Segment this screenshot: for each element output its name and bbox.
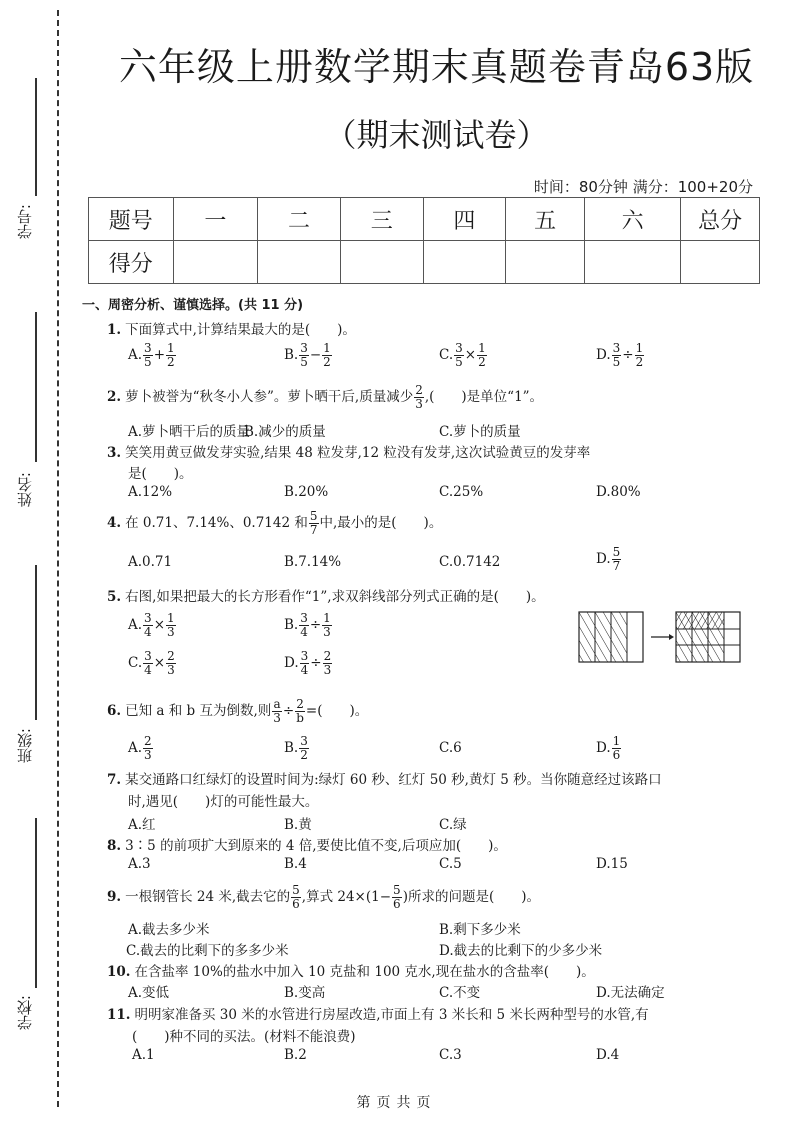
question-5: 5.右图,如果把最大的长方形看作“1”,求双斜线部分列式正确的是( )。 — [107, 585, 545, 605]
page-footer: 第页共页 — [0, 1092, 793, 1112]
numerator: 1 — [477, 342, 487, 356]
question-text: 明明家准备买 30 米的水管进行房屋改造,市面上有 3 米长和 5 米长两种型号… — [135, 1007, 649, 1023]
header-cell: 六 — [585, 198, 681, 241]
option-d[interactable]: D.截去的比剩下的少多少米 — [439, 939, 602, 959]
option-a[interactable]: A.截去多少米 — [128, 918, 210, 938]
numerator: a — [272, 698, 281, 712]
denominator: 2 — [299, 749, 309, 762]
question-text: 3∶5 的前项扩大到原来的 4 倍,要使比值不变,后项应加( )。 — [125, 838, 507, 854]
header-cell: 一 — [173, 198, 258, 241]
numerator: 3 — [299, 342, 309, 356]
option-c[interactable]: C.5 — [439, 856, 462, 872]
option-a[interactable]: A.35+12 — [128, 342, 177, 369]
denominator: 3 — [166, 664, 176, 677]
option-label: B. — [284, 347, 298, 363]
denominator: 3 — [323, 664, 333, 677]
option-d[interactable]: D.35÷12 — [596, 342, 645, 369]
numerator: 5 — [612, 546, 622, 560]
numerator: 5 — [291, 884, 301, 898]
question-2: 2.萝卜被誉为“秋冬小人参”。萝卜晒干后,质量减少23,( )是单位“1”。 — [107, 384, 543, 411]
denominator: 6 — [291, 898, 301, 911]
numerator: 1 — [322, 612, 332, 626]
option-b[interactable]: B.变高 — [284, 981, 325, 1001]
question-number: 7. — [107, 772, 121, 788]
question-number: 3. — [107, 445, 121, 461]
option-d[interactable]: D.34÷23 — [284, 650, 333, 677]
operator: × — [154, 655, 165, 671]
name-label: 姓名: — [14, 472, 35, 507]
score-row: 得分 — [89, 241, 760, 284]
numerator: 5 — [392, 884, 402, 898]
question-3: 3.笑笑用黄豆做发芽实验,结果 48 粒发芽,12 粒没有发芽,这次试验黄豆的发… — [107, 441, 590, 461]
denominator: 7 — [309, 524, 319, 537]
header-cell: 三 — [340, 198, 423, 241]
binding-margin: 学号: 姓名: 班级: 学校: — [0, 0, 80, 1122]
option-label: D. — [596, 740, 611, 756]
option-a[interactable]: A.3 — [128, 856, 151, 872]
question-7: 7.某交通路口红绿灯的设置时间为:绿灯 60 秒、红灯 50 秒,黄灯 5 秒。… — [107, 768, 662, 788]
question-text: 笑笑用黄豆做发芽实验,结果 48 粒发芽,12 粒没有发芽,这次试验黄豆的发芽率 — [125, 445, 590, 461]
question-number: 5. — [107, 589, 121, 605]
score-row-label: 得分 — [89, 241, 174, 284]
option-c[interactable]: C.不变 — [439, 981, 480, 1001]
question-text: 一根钢管长 24 米,截去它的 — [125, 889, 290, 905]
score-cell[interactable] — [585, 241, 681, 284]
option-b[interactable]: B.35−12 — [284, 342, 333, 369]
numerator: 2 — [166, 650, 176, 664]
option-c[interactable]: C.0.7142 — [439, 554, 500, 570]
question-9: 9.一根钢管长 24 米,截去它的56,算式 24×(1−56)所求的问题是( … — [107, 884, 540, 911]
option-label: D. — [284, 655, 299, 671]
option-label: B. — [284, 740, 298, 756]
denominator: 5 — [299, 356, 309, 369]
option-b[interactable]: B.减少的质量 — [244, 420, 326, 440]
score-cell[interactable] — [681, 241, 760, 284]
option-d[interactable]: D.无法确定 — [596, 981, 665, 1001]
denominator: 3 — [166, 626, 176, 639]
numerator: 3 — [299, 612, 309, 626]
cut-line — [57, 10, 59, 1107]
denominator: 7 — [612, 560, 622, 573]
question-text: 中,最小的是( )。 — [320, 515, 443, 531]
option-c[interactable]: C.绿 — [439, 813, 467, 833]
class-label: 班级: — [14, 728, 35, 763]
option-a[interactable]: A.红 — [128, 813, 156, 833]
numerator: 1 — [166, 342, 176, 356]
option-label: C. — [128, 655, 142, 671]
numerator: 1 — [612, 735, 622, 749]
section-title: 一、周密分析、谨慎选择。(共 11 分) — [82, 294, 303, 313]
question-number: 11. — [107, 1007, 131, 1023]
question-number: 4. — [107, 515, 121, 531]
option-d[interactable]: D.16 — [596, 735, 622, 762]
option-b[interactable]: B.34÷13 — [284, 612, 333, 639]
question-text: 右图,如果把最大的长方形看作“1”,求双斜线部分列式正确的是( )。 — [125, 589, 545, 605]
denominator: 5 — [454, 356, 464, 369]
operator: − — [310, 347, 321, 363]
option-a[interactable]: A.0.71 — [128, 554, 172, 570]
score-cell[interactable] — [423, 241, 506, 284]
time-info: 时间：80分钟 满分：100+20分 — [534, 176, 753, 197]
numerator: 3 — [612, 342, 622, 356]
question-text: ,算式 24×(1− — [302, 889, 391, 905]
score-header-row: 题号 一 二 三 四 五 六 总分 — [89, 198, 760, 241]
option-b[interactable]: B.4 — [284, 856, 307, 872]
question-text: 在 0.71、7.14%、0.7142 和 — [125, 515, 308, 531]
student-id-label: 学号: — [14, 204, 35, 239]
option-label: D. — [596, 347, 611, 363]
score-table: 题号 一 二 三 四 五 六 总分 得分 — [88, 197, 760, 284]
option-label: A. — [128, 347, 142, 363]
denominator: 2 — [322, 356, 332, 369]
numerator: 3 — [143, 650, 153, 664]
question-3-continued: 是( )。 — [128, 462, 193, 482]
option-a[interactable]: A.12% — [128, 484, 172, 500]
operator: ÷ — [310, 617, 321, 633]
option-label: C. — [439, 347, 453, 363]
question-number: 2. — [107, 389, 121, 405]
numerator: 3 — [300, 650, 310, 664]
denominator: 4 — [299, 626, 309, 639]
numerator: 1 — [166, 612, 176, 626]
denominator: 3 — [414, 398, 424, 411]
question-11-continued: ( )种不同的买法。(材料不能浪费) — [132, 1025, 356, 1045]
question-6: 6.已知 a 和 b 互为倒数,则a3÷2b=( )。 — [107, 698, 368, 725]
header-cell: 总分 — [681, 198, 760, 241]
name-line[interactable] — [35, 312, 37, 462]
page-subtitle: （期末测试卷） — [80, 110, 793, 156]
numerator: 1 — [635, 342, 645, 356]
question-number: 10. — [107, 964, 131, 980]
denominator: 4 — [143, 626, 153, 639]
option-d[interactable]: D.80% — [596, 484, 641, 500]
denominator: 4 — [143, 664, 153, 677]
denominator: 6 — [612, 749, 622, 762]
denominator: 3 — [143, 749, 153, 762]
question-11: 11.明明家准备买 30 米的水管进行房屋改造,市面上有 3 米长和 5 米长两… — [107, 1003, 649, 1023]
header-cell: 四 — [423, 198, 506, 241]
option-a[interactable]: A.1 — [132, 1047, 155, 1063]
operator: × — [465, 347, 476, 363]
option-a[interactable]: A.23 — [128, 735, 154, 762]
question-8: 8.3∶5 的前项扩大到原来的 4 倍,要使比值不变,后项应加( )。 — [107, 834, 507, 854]
numerator: 3 — [299, 735, 309, 749]
header-cell: 五 — [506, 198, 585, 241]
question-text: 已知 a 和 b 互为倒数,则 — [125, 703, 271, 719]
school-label: 学校: — [14, 995, 35, 1030]
option-label: B. — [284, 617, 298, 633]
question-number: 9. — [107, 889, 121, 905]
denominator: 4 — [300, 664, 310, 677]
question-text: ,( )是单位“1”。 — [425, 389, 543, 405]
question-10: 10.在含盐率 10%的盐水中加入 10 克盐和 100 克水,现在盐水的含盐率… — [107, 960, 595, 980]
option-c[interactable]: C.截去的比剩下的多多少米 — [126, 939, 289, 959]
option-c[interactable]: C.25% — [439, 484, 483, 500]
operator: ÷ — [310, 655, 321, 671]
option-c[interactable]: C.3 — [439, 1047, 462, 1063]
score-cell[interactable] — [506, 241, 585, 284]
numerator: 2 — [414, 384, 424, 398]
denominator: 2 — [477, 356, 487, 369]
operator: + — [154, 347, 165, 363]
question-text: 萝卜被誉为“秋冬小人参”。萝卜晒干后,质量减少 — [125, 389, 413, 405]
option-c[interactable]: C.35×12 — [439, 342, 488, 369]
school-line[interactable] — [35, 818, 37, 988]
operator: × — [154, 617, 165, 633]
option-b[interactable]: B.20% — [284, 484, 328, 500]
numerator: 5 — [309, 510, 319, 524]
numerator: 2 — [295, 698, 305, 712]
question-4: 4.在 0.71、7.14%、0.7142 和57中,最小的是( )。 — [107, 510, 442, 537]
header-cell: 题号 — [89, 198, 174, 241]
option-label: A. — [128, 617, 142, 633]
question-text: 在含盐率 10%的盐水中加入 10 克盐和 100 克水,现在盐水的含盐率( )… — [135, 964, 595, 980]
numerator: 1 — [322, 342, 332, 356]
score-cell[interactable] — [340, 241, 423, 284]
question-text: =( )。 — [306, 703, 368, 719]
option-a[interactable]: A.34×13 — [128, 612, 177, 639]
page-title: 六年级上册数学期末真题卷青岛63版 — [80, 36, 793, 91]
question-1: 1.下面算式中,计算结果最大的是( )。 — [107, 318, 356, 338]
option-b[interactable]: B.2 — [284, 1047, 307, 1063]
operator: ÷ — [622, 347, 633, 363]
numerator: 2 — [143, 735, 153, 749]
option-d[interactable]: D.15 — [596, 856, 628, 872]
denominator: 5 — [143, 356, 153, 369]
denominator: b — [295, 712, 305, 725]
denominator: 2 — [635, 356, 645, 369]
denominator: 3 — [272, 712, 282, 725]
option-c[interactable]: C.34×23 — [128, 650, 177, 677]
numerator: 3 — [143, 342, 153, 356]
option-c[interactable]: C.6 — [439, 740, 462, 756]
question-text: )所求的问题是( )。 — [403, 889, 540, 905]
question-text: 某交通路口红绿灯的设置时间为:绿灯 60 秒、红灯 50 秒,黄灯 5 秒。当你… — [125, 772, 662, 788]
operator: ÷ — [283, 703, 294, 719]
option-b[interactable]: B.黄 — [284, 813, 312, 833]
denominator: 2 — [166, 356, 176, 369]
numerator: 3 — [454, 342, 464, 356]
numerator: 3 — [143, 612, 153, 626]
denominator: 6 — [392, 898, 402, 911]
rectangle-hatching-figure — [578, 611, 743, 663]
question-text: 下面算式中,计算结果最大的是( )。 — [125, 322, 356, 338]
option-label: A. — [128, 740, 142, 756]
question-number: 1. — [107, 322, 121, 338]
score-cell[interactable] — [173, 241, 258, 284]
option-d[interactable]: D.4 — [596, 1047, 619, 1063]
option-b[interactable]: B.7.14% — [284, 554, 341, 570]
question-number: 8. — [107, 838, 121, 854]
question-number: 6. — [107, 703, 121, 719]
option-label: D. — [596, 551, 611, 567]
header-cell: 二 — [258, 198, 341, 241]
option-a[interactable]: A.萝卜晒干后的质量 — [128, 420, 250, 440]
class-line[interactable] — [35, 565, 37, 720]
option-d[interactable]: D.57 — [596, 546, 622, 573]
option-b[interactable]: B.剩下多少米 — [439, 918, 521, 938]
question-7-continued: 时,遇见( )灯的可能性最大。 — [128, 790, 318, 810]
option-c[interactable]: C.萝卜的质量 — [439, 420, 521, 440]
score-cell[interactable] — [258, 241, 341, 284]
denominator: 5 — [612, 356, 622, 369]
option-b[interactable]: B.32 — [284, 735, 310, 762]
numerator: 2 — [323, 650, 333, 664]
student-id-line[interactable] — [35, 78, 37, 196]
denominator: 3 — [322, 626, 332, 639]
option-a[interactable]: A.变低 — [128, 981, 169, 1001]
